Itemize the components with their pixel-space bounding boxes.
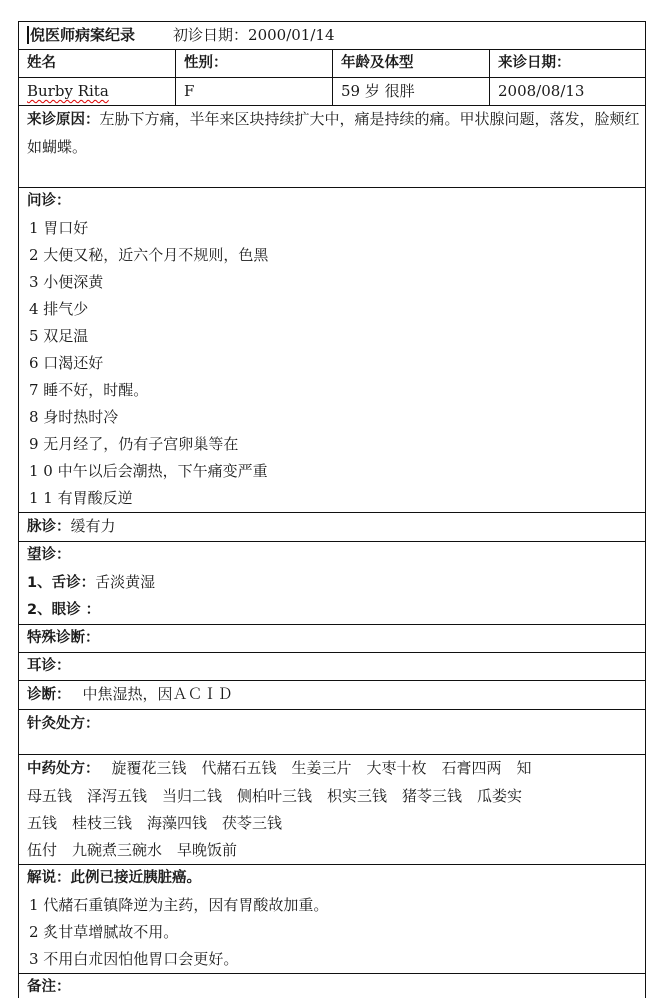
herbal-line: 母五钱 泽泻五钱 当归二钱 侧柏叶三钱 枳实三钱 猪苓三钱 瓜娄实	[27, 783, 645, 810]
patient-header-row: 姓名 性别： 年龄及体型 来诊日期：	[19, 50, 646, 78]
acupuncture-cell[interactable]: 针灸处方：	[19, 710, 646, 755]
notes-label[interactable]: 备注：	[19, 974, 646, 998]
medical-record-table: 倪医师病案纪录初诊日期：2000/01/14 姓名 性别： 年龄及体型 来诊日期…	[18, 21, 646, 998]
notes-row: 备注：	[19, 974, 646, 998]
record-title: 倪医师病案纪录	[27, 26, 135, 44]
tongue-label: 1、舌诊：	[27, 575, 95, 591]
explanation-item: 2 炙甘草增腻故不用。	[27, 919, 645, 946]
inquiry-item: 8 身时热时冷	[27, 404, 645, 431]
title-row: 倪医师病案纪录初诊日期：2000/01/14	[19, 22, 646, 50]
diagnosis-row: 诊断：中焦湿热，因ＡＣＩＤ	[19, 681, 646, 710]
tongue-text: 舌淡黄湿	[95, 573, 155, 591]
diagnosis-text: 中焦湿热，因ＡＣＩＤ	[83, 685, 233, 703]
patient-name: Burby Rita	[27, 82, 109, 100]
explanation-item: 3 不用白朮因怕他胃口会更好。	[27, 946, 645, 973]
inquiry-item: 2 大便又秘，近六个月不规则，色黑	[27, 242, 645, 269]
inquiry-item: 1 1 有胃酸反逆	[27, 485, 645, 512]
inquiry-cell[interactable]: 问诊： 1 胃口好 2 大便又秘，近六个月不规则，色黑 3 小便深黄 4 排气少…	[19, 188, 646, 513]
special-diagnosis-row: 特殊诊断：	[19, 625, 646, 653]
inquiry-item: 7 睡不好，时醒。	[27, 377, 645, 404]
patient-sex[interactable]: F	[176, 78, 333, 106]
reason-label: 来诊原因：	[27, 112, 100, 128]
explanation-item: 1 代赭石重镇降逆为主药，因有胃酸故加重。	[27, 892, 645, 919]
inquiry-item: 6 口渴还好	[27, 350, 645, 377]
inquiry-item: 1 0 中午以后会潮热，下午痛变严重	[27, 458, 645, 485]
col-header-age-build: 年龄及体型	[333, 50, 490, 78]
visit-date[interactable]: 2008/08/13	[490, 78, 646, 106]
herbal-line: 五钱 桂枝三钱 海藻四钱 茯苓三钱	[27, 810, 645, 837]
inquiry-item: 3 小便深黄	[27, 269, 645, 296]
inquiry-label: 问诊：	[27, 188, 645, 215]
col-header-sex: 性别：	[176, 50, 333, 78]
reason-cell[interactable]: 来诊原因：左胁下方痛，半年来区块持续扩大中，痛是持续的痛。甲状腺问题，落发，脸颊…	[19, 106, 646, 188]
herbal-line: 旋覆花三钱 代赭石五钱 生姜三片 大枣十枚 石膏四两 知	[112, 759, 532, 777]
title-cell: 倪医师病案纪录初诊日期：2000/01/14	[19, 22, 646, 50]
explanation-row: 解说：此例已接近胰脏癌。 1 代赭石重镇降逆为主药，因有胃酸故加重。 2 炙甘草…	[19, 865, 646, 974]
explanation-label: 解说：此例已接近胰脏癌。	[27, 865, 645, 892]
patient-name-cell[interactable]: Burby Rita	[19, 78, 176, 106]
pulse-row: 脉诊：缓有力	[19, 513, 646, 542]
medical-record-document: 倪医师病案纪录初诊日期：2000/01/14 姓名 性别： 年龄及体型 来诊日期…	[18, 21, 645, 998]
inquiry-item: 4 排气少	[27, 296, 645, 323]
explanation-cell[interactable]: 解说：此例已接近胰脏癌。 1 代赭石重镇降逆为主药，因有胃酸故加重。 2 炙甘草…	[19, 865, 646, 974]
observation-cell[interactable]: 望诊： 1、舌诊：舌淡黄湿 2、眼诊 ：	[19, 542, 646, 625]
pulse-cell[interactable]: 脉诊：缓有力	[19, 513, 646, 542]
col-header-visit-date: 来诊日期：	[490, 50, 646, 78]
ear-diagnosis-row: 耳诊：	[19, 653, 646, 681]
col-header-name: 姓名	[19, 50, 176, 78]
pulse-label: 脉诊：	[27, 519, 71, 535]
patient-age-build[interactable]: 59 岁 很胖	[333, 78, 490, 106]
first-visit-date: 2000/01/14	[248, 26, 334, 44]
diagnosis-label: 诊断：	[27, 687, 71, 703]
diagnosis-cell[interactable]: 诊断：中焦湿热，因ＡＣＩＤ	[19, 681, 646, 710]
inquiry-row: 问诊： 1 胃口好 2 大便又秘，近六个月不规则，色黑 3 小便深黄 4 排气少…	[19, 188, 646, 513]
observation-label: 望诊：	[27, 542, 645, 569]
inquiry-item: 1 胃口好	[27, 215, 645, 242]
first-visit-label: 初诊日期：	[173, 26, 248, 44]
herbal-cell[interactable]: 中药处方：旋覆花三钱 代赭石五钱 生姜三片 大枣十枚 石膏四两 知 母五钱 泽泻…	[19, 755, 646, 865]
patient-values-row: Burby Rita F 59 岁 很胖 2008/08/13	[19, 78, 646, 106]
acupuncture-row: 针灸处方：	[19, 710, 646, 755]
inquiry-item: 9 无月经了，仍有子宫卵巢等在	[27, 431, 645, 458]
ear-diagnosis-label[interactable]: 耳诊：	[19, 653, 646, 681]
reason-text: 左胁下方痛，半年来区块持续扩大中，痛是持续的痛。甲状腺问题，落发，脸颊红如蝴蝶。	[27, 110, 640, 156]
herbal-label: 中药处方：	[27, 761, 100, 777]
herbal-line: 伍付 九碗煮三碗水 早晚饭前	[27, 837, 645, 864]
special-diagnosis-label[interactable]: 特殊诊断：	[19, 625, 646, 653]
pulse-text: 缓有力	[71, 517, 116, 535]
observation-row: 望诊： 1、舌诊：舌淡黄湿 2、眼诊 ：	[19, 542, 646, 625]
herbal-row: 中药处方：旋覆花三钱 代赭石五钱 生姜三片 大枣十枚 石膏四两 知 母五钱 泽泻…	[19, 755, 646, 865]
eye-label: 2、眼诊 ：	[27, 597, 645, 624]
acupuncture-label: 针灸处方：	[27, 716, 100, 732]
inquiry-item: 5 双足温	[27, 323, 645, 350]
reason-row: 来诊原因：左胁下方痛，半年来区块持续扩大中，痛是持续的痛。甲状腺问题，落发，脸颊…	[19, 106, 646, 188]
